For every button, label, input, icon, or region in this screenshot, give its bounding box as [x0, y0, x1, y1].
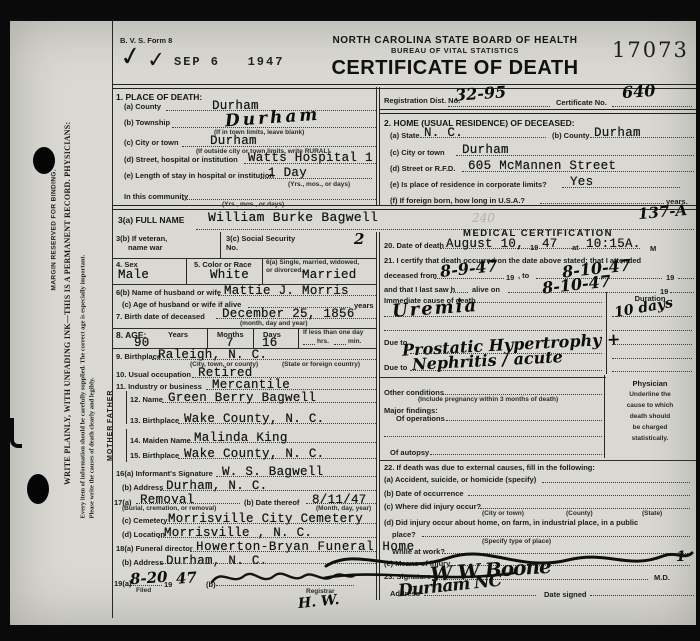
- physician-note-line: cause to which: [604, 403, 696, 410]
- external-causes-heading: 22. If death was due to external causes,…: [384, 464, 595, 473]
- certify-attended-from-label: deceased from: [384, 272, 437, 281]
- full-name-value: William Burke Bagwell: [208, 211, 378, 224]
- injury-place-label2: place?: [392, 531, 416, 540]
- township-label: (b) Township: [124, 119, 170, 128]
- spouse-label: 6(b) Name of husband or wife: [116, 289, 221, 298]
- filed-note: Filed: [136, 588, 151, 595]
- registration-district-label: Registration Dist. No.: [384, 97, 460, 106]
- accident-label: (a) Accident, suicide, or homicide (spec…: [384, 476, 536, 485]
- fill-line: [456, 155, 694, 156]
- received-date-stamp: SEP 6 1947: [174, 56, 284, 68]
- injury-where-label: (c) Where did injury occur?: [384, 503, 481, 512]
- fill-line: [178, 458, 376, 459]
- file-code-annotation: 137-A: [637, 203, 687, 222]
- fill-line: [162, 402, 376, 403]
- attended-19a: 19: [506, 274, 514, 283]
- fill-line: [136, 503, 240, 504]
- filed-19-prefix: 19: [164, 581, 172, 590]
- column-divider: [376, 87, 377, 205]
- in-community-label: In this community: [124, 193, 188, 202]
- fill-line: [442, 394, 602, 395]
- ssn-value: 2: [354, 232, 364, 247]
- attended-to-label: , to: [518, 272, 529, 281]
- column-divider: [379, 87, 380, 205]
- veteran-label2: name war: [128, 244, 163, 253]
- of-operations-label: Of operations: [396, 415, 445, 424]
- father-name-label: 12. Name: [130, 396, 163, 405]
- birthdate-note: (month, day and year): [240, 321, 308, 328]
- fill-line: [384, 316, 602, 317]
- due-to-label2: Due to: [384, 364, 407, 373]
- bureau-subtitle: BUREAU OF VITAL STATISTICS: [290, 47, 620, 55]
- fill-line: [678, 278, 694, 279]
- pencil-annotation: 240: [472, 212, 495, 224]
- home-city-label: (c) City or town: [390, 149, 445, 158]
- fill-line: [470, 302, 602, 303]
- date-signed-label: Date signed: [544, 591, 587, 600]
- fill-line: [303, 344, 315, 345]
- fill-line: [182, 146, 376, 147]
- fill-line: [334, 344, 346, 345]
- fill-line: [590, 137, 694, 138]
- alive-on-label: alive on: [472, 286, 500, 295]
- birthplace-label: 9. Birthplace: [116, 353, 161, 362]
- fill-line: [178, 423, 376, 424]
- checkmark-icon: ✓: [146, 49, 166, 72]
- scanned-death-certificate: MARGIN RESERVED FOR BINDING. WRITE PLAIN…: [0, 0, 700, 641]
- in-community-note: (Yrs., mos., or days): [222, 202, 284, 209]
- section-double-rule: [112, 205, 696, 210]
- cell-divider: [207, 328, 208, 348]
- sex-value: Male: [118, 269, 149, 282]
- ssn-label2: No.: [226, 244, 238, 253]
- section-rule: [380, 460, 696, 461]
- binding-clip: [10, 418, 22, 448]
- form-left-rule: [112, 21, 113, 618]
- father-side-label: FATHER: [107, 390, 114, 423]
- fill-line: [508, 292, 656, 293]
- margin-binding-note: MARGIN RESERVED FOR BINDING.: [52, 169, 59, 291]
- checkmark-icon: ✓: [118, 42, 144, 71]
- age-min-label: min.: [348, 339, 361, 346]
- fill-line: [542, 482, 690, 483]
- disposal-date-label: (b) Date thereof: [244, 499, 299, 508]
- mother-name-label: 14. Maiden Name: [130, 437, 191, 446]
- county-label: (a) County: [124, 103, 161, 112]
- funeral-signature-scrawl: [318, 542, 696, 584]
- fill-line: [612, 358, 692, 359]
- fill-line: [424, 595, 536, 596]
- date-of-death-m: M: [650, 245, 656, 254]
- cell-divider: [126, 429, 127, 462]
- cell-divider: [262, 258, 263, 284]
- age-less-than-day-label: If less than one day: [303, 330, 363, 337]
- street-hospital-label: (d) Street, hospital or institution: [124, 156, 238, 165]
- fill-line: [562, 187, 680, 188]
- board-title: NORTH CAROLINA STATE BOARD OF HEALTH: [290, 36, 620, 46]
- fill-line: [172, 127, 376, 128]
- fill-line: [612, 316, 692, 317]
- fill-line: [162, 523, 376, 524]
- spouse-age-years-label: years: [354, 302, 374, 311]
- fill-line: [384, 436, 602, 437]
- fill-line: [434, 278, 504, 279]
- other-conditions-note: (Include pregnancy within 3 months of de…: [418, 397, 558, 404]
- margin-causes-note: Please write the causes of death clearly…: [90, 378, 97, 519]
- of-autopsy-label: Of autopsy: [390, 449, 429, 458]
- mother-side-label: MOTHER: [107, 425, 114, 461]
- certificate-no-value: 640: [621, 83, 655, 101]
- medical-certification-heading: MEDICAL CERTIFICATION: [380, 229, 696, 239]
- fill-line: [306, 503, 376, 504]
- state-label: (a) State: [390, 132, 420, 141]
- fill-line: [410, 370, 602, 371]
- attended-19b: 19: [666, 274, 674, 283]
- age-hrs-label: hrs.: [317, 339, 329, 346]
- race-value: White: [210, 269, 249, 282]
- fill-line: [670, 292, 694, 293]
- cemetery-label: (c) Cemetery: [122, 517, 167, 526]
- fill-line: [468, 495, 690, 496]
- physician-note-line: death should: [604, 414, 696, 421]
- fill-line: [422, 536, 690, 537]
- street-rfd-label: (d) Street or R.F.D.: [390, 165, 455, 174]
- cell-divider: [253, 328, 254, 348]
- margin-write-plainly-note: WRITE PLAINLY, WITH UNFADING INK—THIS IS…: [64, 121, 72, 485]
- row-rule: [380, 377, 606, 378]
- place-of-death-heading: 1. PLACE OF DEATH:: [116, 93, 202, 102]
- fill-line: [440, 248, 640, 249]
- marital-value: Married: [302, 269, 357, 282]
- last-saw-label: and that I last saw h: [384, 286, 455, 295]
- fill-line: [206, 389, 376, 390]
- certificate-title: CERTIFICATE OF DEATH: [290, 58, 620, 78]
- fill-line: [420, 137, 546, 138]
- date-of-death-label: 20. Date of death: [384, 242, 444, 251]
- fill-line: [160, 490, 376, 491]
- marital-label: 6(a) Single, married, widowed,: [266, 260, 359, 267]
- length-of-stay-note: (Yrs., mos., or days): [288, 182, 350, 189]
- fill-line: [216, 476, 376, 477]
- registrar-initials: H. W.: [297, 593, 340, 611]
- cell-divider: [220, 232, 221, 258]
- fill-line: [244, 163, 376, 164]
- fill-line: [590, 595, 694, 596]
- certify-line1: 21. I certify that death occurred on the…: [384, 257, 692, 266]
- injury-where-note2: (County): [566, 511, 593, 518]
- fill-line: [126, 585, 162, 586]
- home-heading: 2. HOME (USUAL RESIDENCE) OF DECEASED:: [384, 119, 575, 128]
- full-name-label: 3(a) FULL NAME: [118, 216, 184, 225]
- fill-line: [216, 318, 376, 319]
- foreign-born-label: (f) If foreign born, how long in U.S.A.?: [390, 197, 525, 206]
- birthplace-note2: (State or foreign country): [282, 362, 360, 369]
- fill-line: [446, 420, 602, 421]
- occupation-label: 10. Usual occupation: [116, 371, 191, 380]
- informant-label: 16(a) Informant's Signature: [116, 470, 213, 479]
- injury-where-note3: (State): [642, 511, 662, 518]
- corporate-limits-label: (e) Is place of residence in corporate l…: [390, 181, 547, 190]
- length-of-stay-label: (e) Length of stay in hospital or instit…: [124, 172, 274, 181]
- certificate-no-label: Certificate No.: [556, 99, 607, 108]
- occurrence-date-label: (b) Date of occurrence: [384, 490, 464, 499]
- cell-divider: [298, 328, 299, 348]
- fill-line: [450, 292, 468, 293]
- header-double-rule: [112, 84, 696, 89]
- physician-note-header: Physician: [604, 380, 696, 388]
- city-label: (c) City or town: [124, 139, 179, 148]
- fill-line: [218, 295, 376, 296]
- fill-line: [448, 106, 550, 107]
- injury-place-label: (d) Did injury occur about home, on farm…: [384, 519, 638, 528]
- fill-line: [612, 371, 692, 372]
- physician-note-line: statistically.: [604, 436, 696, 443]
- registration-double-rule: [380, 109, 696, 114]
- filed-year-value: 47: [176, 570, 198, 586]
- marital-label2: or divorced.: [266, 268, 303, 275]
- funeral-director-label: 18(a) Funeral director: [116, 545, 193, 554]
- binding-hole: [27, 474, 49, 504]
- certificate-serial-number: 17073: [612, 40, 689, 61]
- margin-every-item-note: Every item of information should be care…: [81, 255, 88, 519]
- fill-line: [430, 454, 602, 455]
- fill-line: [188, 442, 376, 443]
- informant-address-label: (b) Address: [122, 484, 163, 493]
- registration-district-value: 32-95: [455, 84, 507, 104]
- fill-line: [152, 359, 376, 360]
- fill-line: [480, 508, 690, 509]
- birthdate-label: 7. Birth date of deceased: [116, 313, 205, 322]
- home-county-label: (b) County: [552, 132, 590, 141]
- cemetery-location-label: (d) Location: [122, 531, 165, 540]
- physician-note-line: be charged: [604, 425, 696, 432]
- funeral-address-label: (b) Address: [122, 559, 163, 568]
- fill-line: [384, 330, 602, 331]
- fill-line: [182, 199, 376, 200]
- mother-birthplace-label: 15. Birthplace: [130, 452, 179, 461]
- fill-line: [158, 537, 376, 538]
- fill-line: [462, 171, 694, 172]
- cell-divider: [186, 258, 187, 284]
- fill-line: [612, 330, 692, 331]
- fill-line: [260, 178, 372, 179]
- father-birthplace-label: 13. Birthplace: [130, 417, 179, 426]
- fill-line: [612, 344, 692, 345]
- cell-divider: [126, 391, 127, 424]
- fill-line: [612, 106, 692, 107]
- injury-where-note1: (City or town): [482, 511, 524, 518]
- physician-note-line: Underline the: [604, 392, 696, 399]
- age-years-header: Years: [168, 331, 188, 340]
